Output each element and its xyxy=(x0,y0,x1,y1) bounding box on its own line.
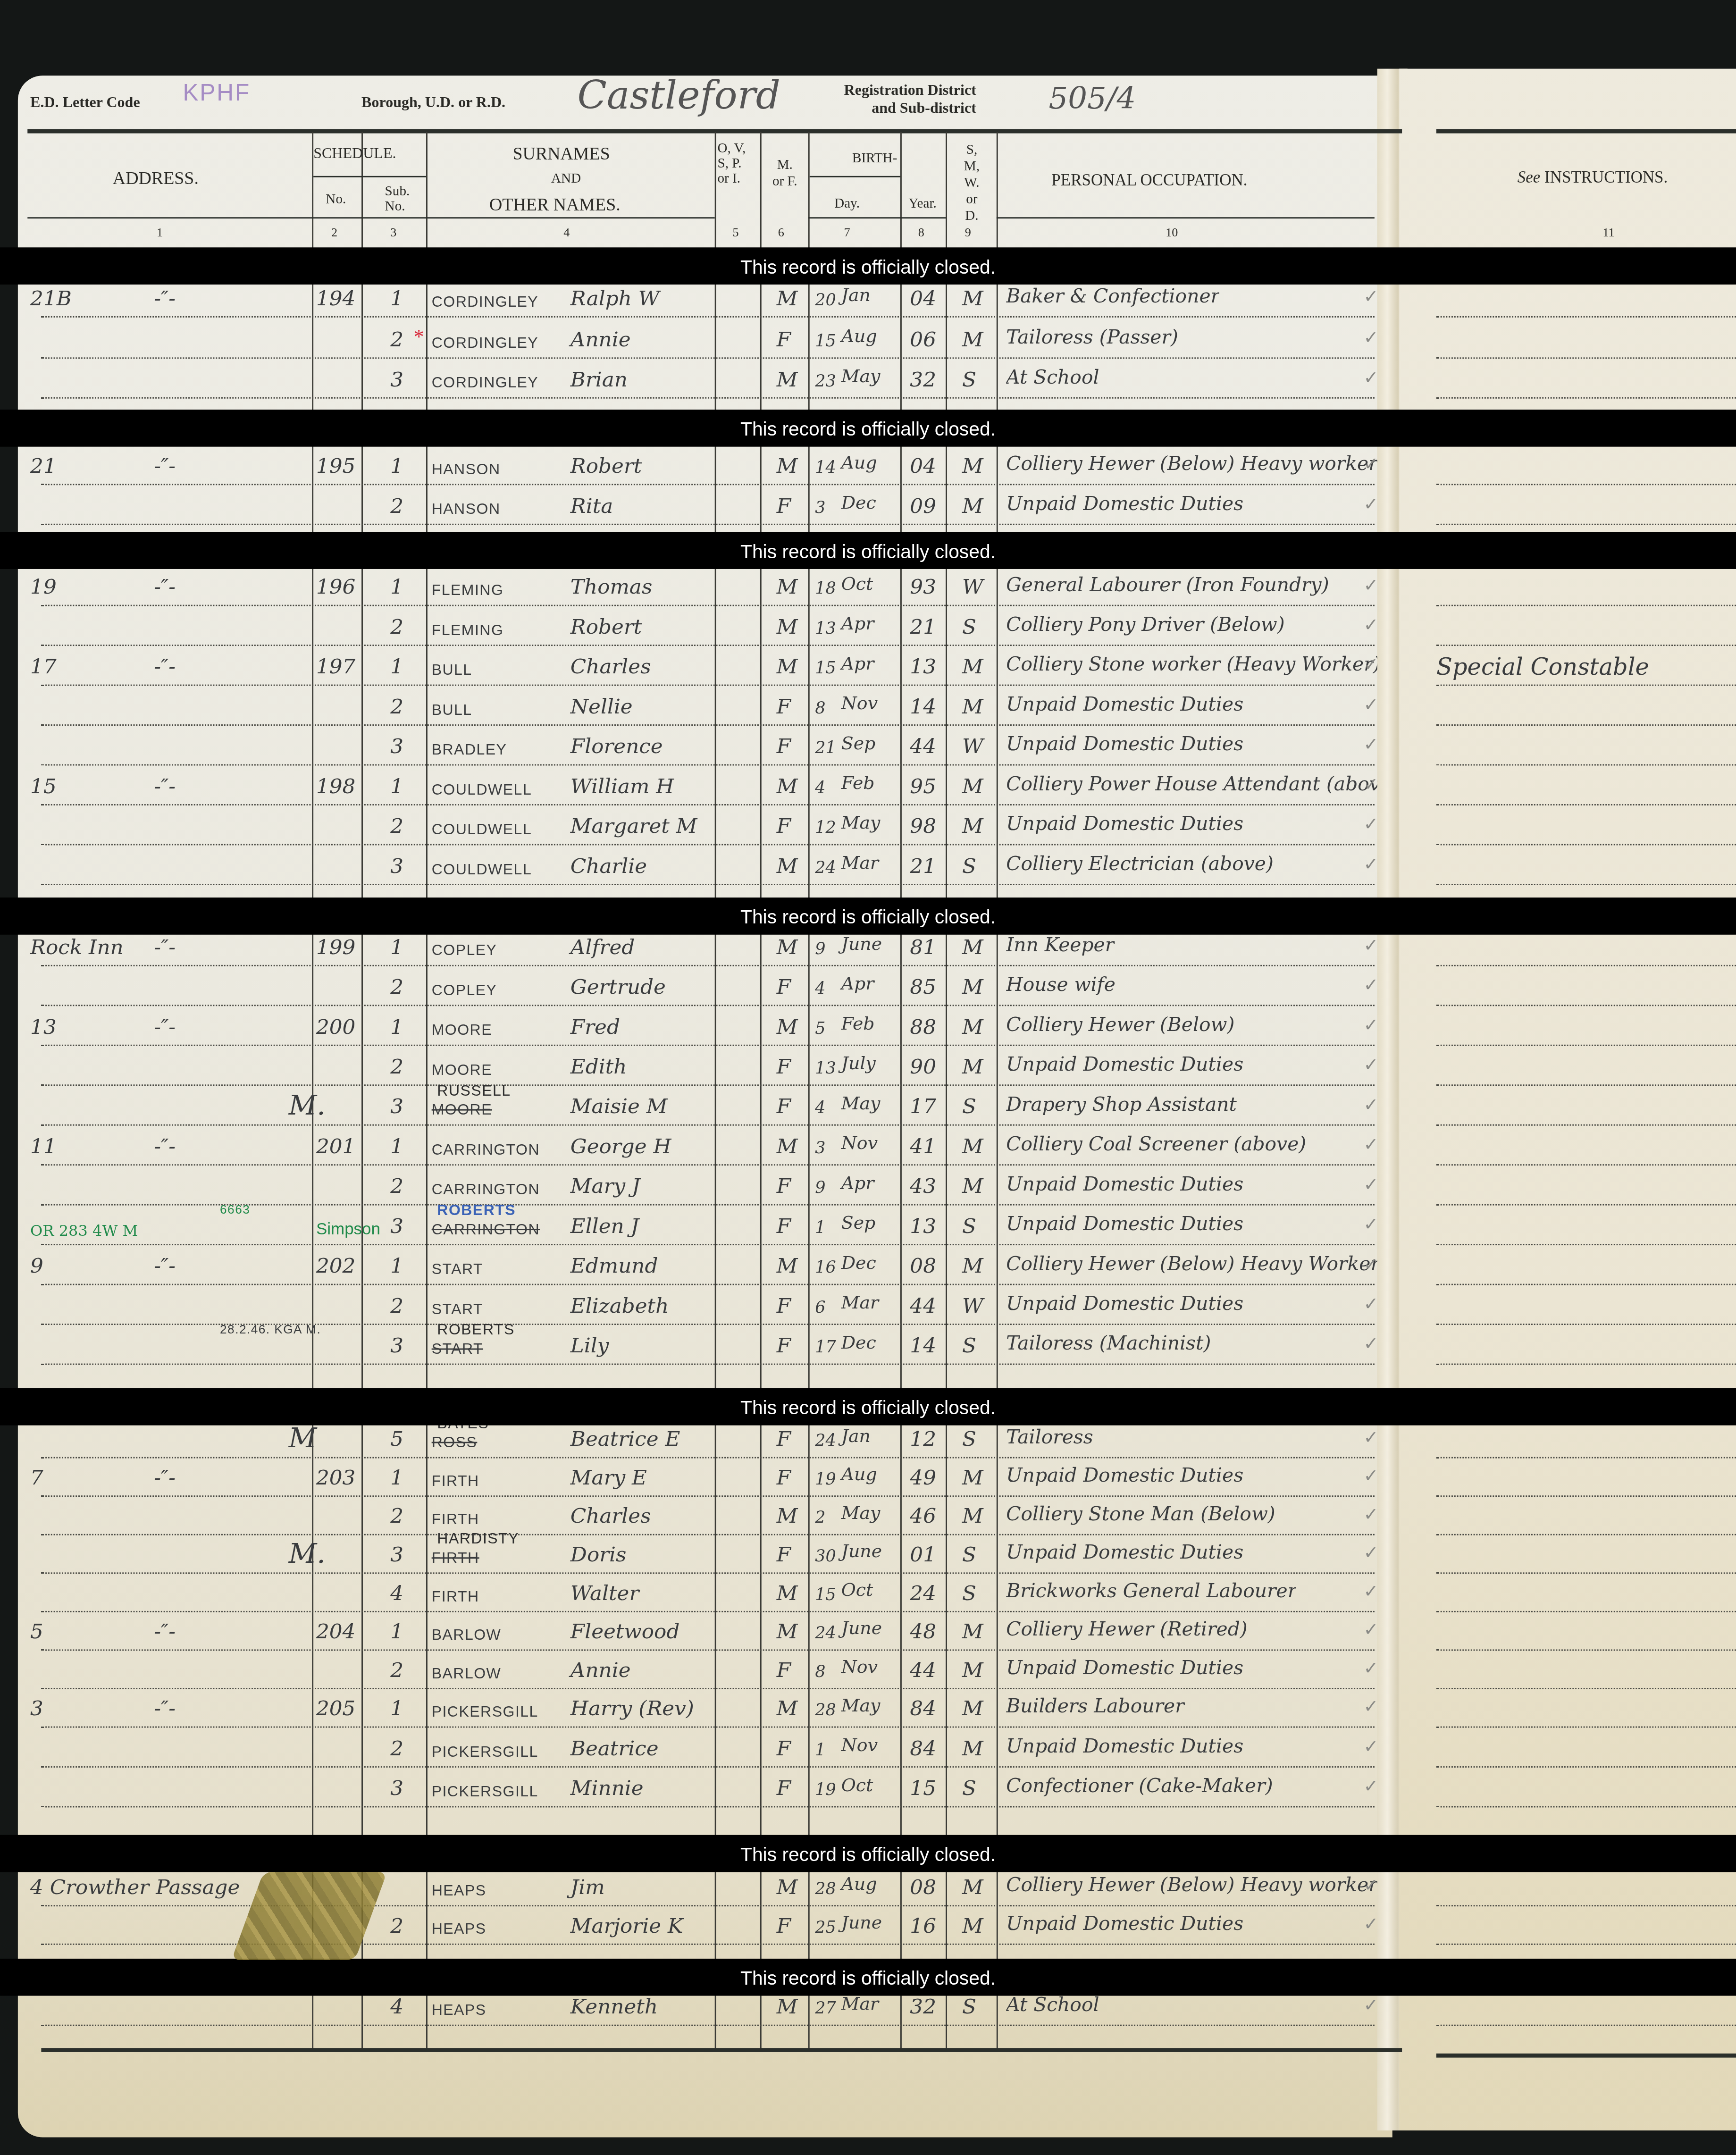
row-rule xyxy=(41,484,1375,485)
check-mark-icon: ✓ xyxy=(1364,1015,1379,1037)
sub-number: 2 xyxy=(390,1658,403,1682)
sub-number: 5 xyxy=(390,1427,403,1451)
sex: F xyxy=(777,327,791,352)
row-rule-right xyxy=(1436,1944,1736,1945)
forename: Doris xyxy=(570,1542,627,1567)
occupation: Unpaid Domestic Duties xyxy=(1006,694,1243,716)
birth-month: Nov xyxy=(841,1736,878,1757)
sub-number: 3 xyxy=(390,1094,403,1119)
birth-month: May xyxy=(841,1094,881,1115)
footer-rule xyxy=(41,2048,1402,2052)
row-rule xyxy=(41,1649,1375,1651)
table-row[interactable]: 5-″-2041BARLOWFleetwoodM24June48MCollier… xyxy=(0,1617,1736,1652)
table-row[interactable]: OR 283 4W M6663Simpson3CARRINGTONROBERTS… xyxy=(0,1211,1736,1247)
sex: F xyxy=(777,1913,791,1938)
check-mark-icon: ✓ xyxy=(1364,734,1379,756)
birth-day: 16 xyxy=(815,1258,836,1277)
sub-number: 1 xyxy=(390,1696,403,1721)
birth-year: 41 xyxy=(910,1134,936,1158)
row-rule xyxy=(41,1766,1375,1768)
row-rule xyxy=(41,645,1375,646)
sub-number: 2 xyxy=(390,974,403,999)
surname: HEAPS xyxy=(432,1883,486,1900)
check-mark-icon: ✓ xyxy=(1364,1333,1379,1356)
birth-year: 84 xyxy=(910,1696,936,1721)
birth-year: 98 xyxy=(910,813,936,838)
birth-day: 6 xyxy=(815,1298,825,1317)
marital-status: S xyxy=(962,1581,976,1605)
check-mark-icon: ✓ xyxy=(1364,935,1379,957)
birth-day: 14 xyxy=(815,458,836,477)
birth-day: 8 xyxy=(815,698,825,718)
marital-status: M xyxy=(962,327,983,352)
table-row[interactable]: 2BULLNellieF8Nov14MUnpaid Domestic Dutie… xyxy=(0,691,1736,727)
marital-status: S xyxy=(962,614,976,639)
row-rule-right xyxy=(1436,357,1736,359)
surname: COULDWELL xyxy=(432,862,532,878)
marital-status: W xyxy=(962,1293,983,1318)
check-mark-icon: ✓ xyxy=(1364,1214,1379,1236)
table-row[interactable]: M.3MOORERUSSELLMaisie MF4May17SDrapery S… xyxy=(0,1091,1736,1127)
check-mark-icon: ✓ xyxy=(1364,1134,1379,1156)
column-number: 4 xyxy=(563,226,570,239)
check-mark-icon: ✓ xyxy=(1364,1094,1379,1116)
row-rule-right xyxy=(1436,1766,1736,1768)
row-rule-right xyxy=(1436,2025,1736,2026)
check-mark-icon: ✓ xyxy=(1364,367,1379,389)
birth-year: 44 xyxy=(910,734,936,758)
birth-day: 15 xyxy=(815,1585,836,1604)
row-rule-right xyxy=(1436,1324,1736,1325)
occupation: Tailoress xyxy=(1006,1427,1093,1449)
col-birth: BIRTH- xyxy=(852,151,897,166)
table-row[interactable]: 2STARTElizabethF6Mar44WUnpaid Domestic D… xyxy=(0,1291,1736,1326)
table-row[interactable]: 21-″-1951HANSONRobertM14Aug04MColliery H… xyxy=(0,451,1736,486)
occupation: Drapery Shop Assistant xyxy=(1006,1094,1237,1116)
ed-letter-code-stamp: KPHF xyxy=(183,80,251,107)
check-mark-icon: ✓ xyxy=(1364,1736,1379,1758)
schedule-number: M. xyxy=(289,1537,326,1570)
birth-month: June xyxy=(841,1619,882,1640)
sub-number: 1 xyxy=(390,654,403,679)
table-row[interactable]: M.3FIRTHHARDISTYDorisF30June01SUnpaid Do… xyxy=(0,1539,1736,1575)
ditto-mark: -″- xyxy=(154,654,176,679)
header-rule-right xyxy=(1436,129,1736,134)
marital-status: M xyxy=(962,974,983,999)
forename: Annie xyxy=(570,327,631,352)
birth-year: 24 xyxy=(910,1581,936,1605)
col-surnames-line3: OTHER NAMES. xyxy=(489,194,621,216)
row-rule-right xyxy=(1436,1688,1736,1689)
birth-year: 09 xyxy=(910,494,936,518)
birth-month: Sep xyxy=(841,734,876,755)
birth-year: 14 xyxy=(910,1333,936,1358)
row-rule xyxy=(41,1806,1375,1808)
birth-month: May xyxy=(841,367,881,388)
sub-number: 1 xyxy=(390,1465,403,1490)
marital-status: S xyxy=(962,1542,976,1567)
table-row[interactable]: 3CORDINGLEYBrianM23May32SAt School✓ xyxy=(0,364,1736,400)
occupation: Colliery Electrician (above) xyxy=(1006,854,1274,876)
marital-status: M xyxy=(962,654,983,679)
table-row[interactable]: 3PICKERSGILLMinnieF19Oct15SConfectioner … xyxy=(0,1773,1736,1809)
surname: MOORE xyxy=(432,1063,492,1079)
sub-number: 2 xyxy=(390,1054,403,1079)
birth-subrule xyxy=(810,176,900,177)
row-rule xyxy=(41,884,1375,885)
table-row[interactable]: 15-″-1981COULDWELLWilliam HM4Feb95MColli… xyxy=(0,771,1736,807)
col-smwd: S, M, W. or D. xyxy=(962,143,981,226)
check-mark-icon: ✓ xyxy=(1364,1427,1379,1449)
col-occupation: PERSONAL OCCUPATION. xyxy=(1051,170,1247,191)
surname: HEAPS xyxy=(432,1921,486,1938)
occupation: Colliery Stone Man (Below) xyxy=(1006,1504,1275,1526)
sex: F xyxy=(777,1054,791,1079)
surname-correction: HARDISTY xyxy=(437,1531,519,1548)
birth-month: Apr xyxy=(841,974,874,995)
occupation: At School xyxy=(1006,1995,1099,2017)
birth-month: Dec xyxy=(841,1333,876,1354)
address-cell: 9 xyxy=(30,1254,43,1278)
sub-number: 1 xyxy=(390,1254,403,1278)
sub-number: 2 xyxy=(390,494,403,518)
table-row[interactable]: 3COULDWELLCharlieM24Mar21SColliery Elect… xyxy=(0,851,1736,887)
forename: Nellie xyxy=(570,694,633,719)
row-rule xyxy=(41,316,1375,318)
birth-year: 21 xyxy=(910,854,936,878)
table-row[interactable]: Rock Inn-″-1991COPLEYAlfredM9June81MInn … xyxy=(0,932,1736,968)
registration-label: Registration District and Sub-district xyxy=(844,83,976,118)
birth-year: 32 xyxy=(910,1995,936,2019)
table-row[interactable]: 4FIRTHWalterM15Oct24SBrickworks General … xyxy=(0,1578,1736,1614)
forename: William H xyxy=(570,774,674,798)
check-mark-icon: ✓ xyxy=(1364,854,1379,876)
birth-day: 28 xyxy=(815,1700,836,1719)
row-rule xyxy=(41,1244,1375,1245)
row-rule-right xyxy=(1436,1611,1736,1612)
sex: M xyxy=(777,1875,798,1899)
table-row[interactable]: 2MOOREEdithF13July90MUnpaid Domestic Dut… xyxy=(0,1051,1736,1087)
table-row[interactable]: 2PICKERSGILLBeatriceF1Nov84MUnpaid Domes… xyxy=(0,1733,1736,1769)
birth-day: 2 xyxy=(815,1508,825,1527)
closed-record-notice: This record is officially closed. xyxy=(0,1388,1736,1425)
col-address-header: ADDRESS. xyxy=(113,168,199,190)
forename: Maisie M xyxy=(570,1094,668,1119)
row-rule-right xyxy=(1436,397,1736,399)
surname: HANSON xyxy=(432,462,501,478)
forename: Mary E xyxy=(570,1465,647,1490)
table-row[interactable]: 2FLEMINGRobertM13Apr21SColliery Pony Dri… xyxy=(0,612,1736,647)
table-row[interactable]: 13-″-2001MOOREFredM5Feb88MColliery Hewer… xyxy=(0,1012,1736,1048)
birth-day: 8 xyxy=(815,1662,825,1681)
ed-letter-code-label: E.D. Letter Code xyxy=(30,95,140,111)
marital-status: M xyxy=(962,1254,983,1278)
birth-month: Aug xyxy=(841,453,877,474)
registration-label-line2: and Sub-district xyxy=(844,101,976,118)
surname: HANSON xyxy=(432,502,501,518)
sub-number: 1 xyxy=(390,1134,403,1158)
surname: ROSS xyxy=(432,1435,478,1451)
birth-day: 24 xyxy=(815,1623,836,1643)
table-row[interactable]: 2HANSONRitaF3Dec09MUnpaid Domestic Dutie… xyxy=(0,491,1736,527)
birth-day: 4 xyxy=(815,979,825,998)
check-mark-icon: ✓ xyxy=(1364,614,1379,637)
sex: M xyxy=(777,654,798,679)
ditto-mark: -″- xyxy=(154,1015,176,1039)
table-row[interactable]: 3BRADLEYFlorenceF21Sep44WUnpaid Domestic… xyxy=(0,731,1736,767)
table-row[interactable]: 4HEAPSKennethM27Mar32SAt School✓ xyxy=(0,1992,1736,2028)
address-cell: 5 xyxy=(30,1619,43,1644)
marital-status: M xyxy=(962,694,983,719)
closed-record-notice: This record is officially closed. xyxy=(0,247,1736,285)
row-rule-right xyxy=(1436,484,1736,485)
document-viewer: E.D. Letter Code KPHF Borough, U.D. or R… xyxy=(0,0,1736,2155)
table-row[interactable]: 28.2.46. KGA M.3STARTROBERTSLilyF17Dec14… xyxy=(0,1331,1736,1367)
schedule-number: 198 xyxy=(316,774,355,798)
schedule-number: 194 xyxy=(316,286,355,310)
sex: F xyxy=(777,1542,791,1567)
table-row[interactable]: 9-″-2021STARTEdmundM16Dec08MColliery Hew… xyxy=(0,1251,1736,1287)
forename: Charles xyxy=(570,1504,651,1528)
forename: Harry (Rev) xyxy=(570,1696,694,1721)
column-number: 2 xyxy=(331,226,337,239)
address-cell: 11 xyxy=(30,1134,57,1158)
forename: Fred xyxy=(570,1015,620,1039)
check-mark-icon: ✓ xyxy=(1364,774,1379,796)
table-row[interactable]: 11-″-2011CARRINGTONGeorge HM3Nov41MColli… xyxy=(0,1131,1736,1167)
occupation: Inn Keeper xyxy=(1006,935,1114,957)
birth-year: 04 xyxy=(910,286,936,310)
row-rule xyxy=(41,1084,1375,1086)
table-row[interactable]: 7-″-2031FIRTHMary EF19Aug49MUnpaid Domes… xyxy=(0,1462,1736,1498)
marital-status: M xyxy=(962,1134,983,1158)
birth-month: Nov xyxy=(841,1658,878,1678)
birth-day: 24 xyxy=(815,858,836,877)
check-mark-icon: ✓ xyxy=(1364,1995,1379,2017)
birth-month: Nov xyxy=(841,694,878,715)
sex: F xyxy=(777,1333,791,1358)
row-rule xyxy=(41,764,1375,766)
forename: George H xyxy=(570,1134,671,1158)
forename: Fleetwood xyxy=(570,1619,680,1644)
surname-correction: RUSSELL xyxy=(437,1083,511,1099)
birth-year: 08 xyxy=(910,1875,936,1899)
row-rule xyxy=(41,1727,1375,1728)
col-surnames-line2: AND xyxy=(551,172,581,187)
sex: M xyxy=(777,1995,798,2019)
schedule-number: 200 xyxy=(316,1015,355,1039)
forename: Ralph W xyxy=(570,286,660,310)
surname: START xyxy=(432,1342,483,1358)
birth-day: 9 xyxy=(815,939,825,958)
sub-number: 1 xyxy=(390,774,403,798)
birth-day: 21 xyxy=(815,738,836,757)
column-number: 1 xyxy=(157,226,163,239)
sub-number: 2 xyxy=(390,813,403,838)
sex: F xyxy=(777,1427,791,1451)
occupation: Unpaid Domestic Duties xyxy=(1006,813,1243,836)
sub-number: 2 xyxy=(390,327,403,352)
occupation: Tailoress (Passer) xyxy=(1006,327,1178,349)
table-row[interactable]: 19-″-1961FLEMINGThomasM18Oct93WGeneral L… xyxy=(0,572,1736,608)
occupation: Colliery Stone worker (Heavy Worker) xyxy=(1006,654,1377,677)
check-mark-icon: ✓ xyxy=(1364,694,1379,716)
sex: F xyxy=(777,694,791,719)
surname: CORDINGLEY xyxy=(432,375,538,392)
ditto-mark: -″- xyxy=(154,935,176,959)
sex: M xyxy=(777,614,798,639)
check-mark-icon: ✓ xyxy=(1364,1542,1379,1564)
birth-month: June xyxy=(841,1542,882,1563)
birth-day: 12 xyxy=(815,818,836,837)
address-cell: 19 xyxy=(30,575,57,599)
marital-status: M xyxy=(962,1015,983,1039)
birth-day: 23 xyxy=(815,371,836,390)
table-row[interactable]: 2CARRINGTONMary JF9Apr43MUnpaid Domestic… xyxy=(0,1171,1736,1207)
birth-year: 81 xyxy=(910,935,936,959)
surname: BULL xyxy=(432,702,472,719)
sub-number: 3 xyxy=(390,1333,403,1358)
sub-number: 1 xyxy=(390,1015,403,1039)
col-sub-no: Sub.No. xyxy=(385,184,410,214)
birth-year: 43 xyxy=(910,1174,936,1199)
forename: Beatrice xyxy=(570,1736,659,1761)
birth-month: Aug xyxy=(841,1875,877,1895)
birth-month: Nov xyxy=(841,1134,878,1155)
row-rule xyxy=(41,1364,1375,1365)
sex: M xyxy=(777,935,798,959)
occupation: Confectioner (Cake-Maker) xyxy=(1006,1776,1273,1798)
birth-day: 27 xyxy=(815,1998,836,2018)
borough-label: Borough, U.D. or R.D. xyxy=(361,95,505,111)
column-number: 7 xyxy=(844,226,850,239)
birth-year: 04 xyxy=(910,453,936,478)
table-row[interactable]: 2*CORDINGLEYAnnieF15Aug06MTailoress (Pas… xyxy=(0,324,1736,360)
table-row[interactable]: 2BARLOWAnnieF8Nov44MUnpaid Domestic Duti… xyxy=(0,1655,1736,1691)
schedule-subrule xyxy=(313,176,426,177)
occupation: Baker & Confectioner xyxy=(1006,286,1220,308)
marital-status: M xyxy=(962,1174,983,1199)
birth-month: June xyxy=(841,935,882,956)
col-sub-line1: Sub. xyxy=(385,184,410,199)
row-rule xyxy=(41,524,1375,525)
occupation: Unpaid Domestic Duties xyxy=(1006,1542,1243,1564)
row-rule-right xyxy=(1436,1905,1736,1906)
ditto-mark: -″- xyxy=(154,1696,176,1721)
ditto-mark: -″- xyxy=(154,774,176,798)
table-row[interactable]: 21B-″-1941CORDINGLEYRalph WM20Jan04MBake… xyxy=(0,283,1736,319)
row-rule xyxy=(41,1905,1375,1906)
table-row[interactable]: 2COULDWELLMargaret MF12May98MUnpaid Dome… xyxy=(0,811,1736,847)
sex: F xyxy=(777,1094,791,1119)
occupation: Colliery Coal Screener (above) xyxy=(1006,1134,1306,1156)
table-row[interactable]: 2COPLEYGertrudeF4Apr85MHouse wife✓ xyxy=(0,972,1736,1007)
table-row[interactable]: M5ROSSBATESBeatrice EF24Jan12STailoress✓ xyxy=(0,1424,1736,1460)
schedule-number: 205 xyxy=(316,1696,355,1721)
birth-day: 30 xyxy=(815,1546,836,1566)
check-mark-icon: ✓ xyxy=(1364,1913,1379,1936)
birth-month: Oct xyxy=(841,1581,873,1602)
birth-day: 3 xyxy=(815,1138,825,1157)
sub-number: 2 xyxy=(390,1293,403,1318)
birth-year: 06 xyxy=(910,327,936,352)
row-rule xyxy=(41,844,1375,846)
sex: F xyxy=(777,494,791,518)
sub-number: 2 xyxy=(390,1504,403,1528)
surname: CORDINGLEY xyxy=(432,294,538,310)
birth-year: 32 xyxy=(910,367,936,392)
marital-status: M xyxy=(962,286,983,310)
birth-day: 25 xyxy=(815,1917,836,1937)
check-mark-icon: ✓ xyxy=(1364,575,1379,597)
table-row[interactable]: 3-″-2051PICKERSGILLHarry (Rev)M28May84MB… xyxy=(0,1694,1736,1729)
surname: FLEMING xyxy=(432,623,504,639)
marital-status: M xyxy=(962,1658,983,1682)
check-mark-icon: ✓ xyxy=(1364,974,1379,997)
marital-status: M xyxy=(962,774,983,798)
birth-year: 85 xyxy=(910,974,936,999)
check-mark-icon: ✓ xyxy=(1364,1504,1379,1526)
birth-year: 17 xyxy=(910,1094,936,1119)
table-row[interactable]: 2FIRTHCharlesM2May46MColliery Stone Man … xyxy=(0,1501,1736,1537)
surname: PICKERSGILL xyxy=(432,1744,538,1761)
marital-status: M xyxy=(962,1875,983,1899)
birth-year: 14 xyxy=(910,694,936,719)
birth-month: Oct xyxy=(841,575,873,595)
birth-year: 48 xyxy=(910,1619,936,1644)
occupation: Unpaid Domestic Duties xyxy=(1006,1465,1243,1487)
birth-day: 5 xyxy=(815,1018,825,1038)
col-schedule-header: SCHEDULE. xyxy=(313,146,396,162)
sex: M xyxy=(777,1581,798,1605)
check-mark-icon: ✓ xyxy=(1364,1776,1379,1798)
birth-month: Apr xyxy=(841,1174,874,1195)
registration-value: 505/4 xyxy=(1049,83,1136,117)
row-rule-right xyxy=(1436,965,1736,966)
closed-record-notice: This record is officially closed. xyxy=(0,410,1736,447)
row-rule-right xyxy=(1436,1649,1736,1651)
row-rule-right xyxy=(1436,844,1736,846)
forename: Alfred xyxy=(570,935,635,959)
birth-day: 24 xyxy=(815,1431,836,1450)
sub-number: 1 xyxy=(390,575,403,599)
marital-status: M xyxy=(962,1619,983,1644)
birth-month: June xyxy=(841,1913,882,1934)
birth-month: Jan xyxy=(841,286,871,307)
row-rule-right xyxy=(1436,804,1736,805)
forename: Jim xyxy=(570,1875,605,1899)
surname: FIRTH xyxy=(432,1551,479,1567)
col-instructions: See INSTRUCTIONS. xyxy=(1518,168,1668,188)
birth-month: Dec xyxy=(841,1254,876,1275)
borough-value: Castleford xyxy=(577,73,780,118)
surname: CORDINGLEY xyxy=(432,335,538,352)
ditto-mark: -″- xyxy=(154,453,176,478)
occupation: Builders Labourer xyxy=(1006,1696,1184,1719)
sex: M xyxy=(777,1504,798,1528)
row-rule xyxy=(41,1457,1375,1459)
surname: FIRTH xyxy=(432,1474,479,1490)
sex: F xyxy=(777,1465,791,1490)
surname: FIRTH xyxy=(432,1512,479,1528)
col-instructions-text: INSTRUCTIONS. xyxy=(1544,168,1668,187)
row-rule-right xyxy=(1436,1727,1736,1728)
subheader-rule xyxy=(426,217,715,218)
row-rule xyxy=(41,1495,1375,1497)
row-rule-right xyxy=(1436,724,1736,726)
table-row[interactable]: 17-″-1971BULLCharlesM15Apr13MColliery St… xyxy=(0,652,1736,688)
birth-month: Feb xyxy=(841,774,875,795)
